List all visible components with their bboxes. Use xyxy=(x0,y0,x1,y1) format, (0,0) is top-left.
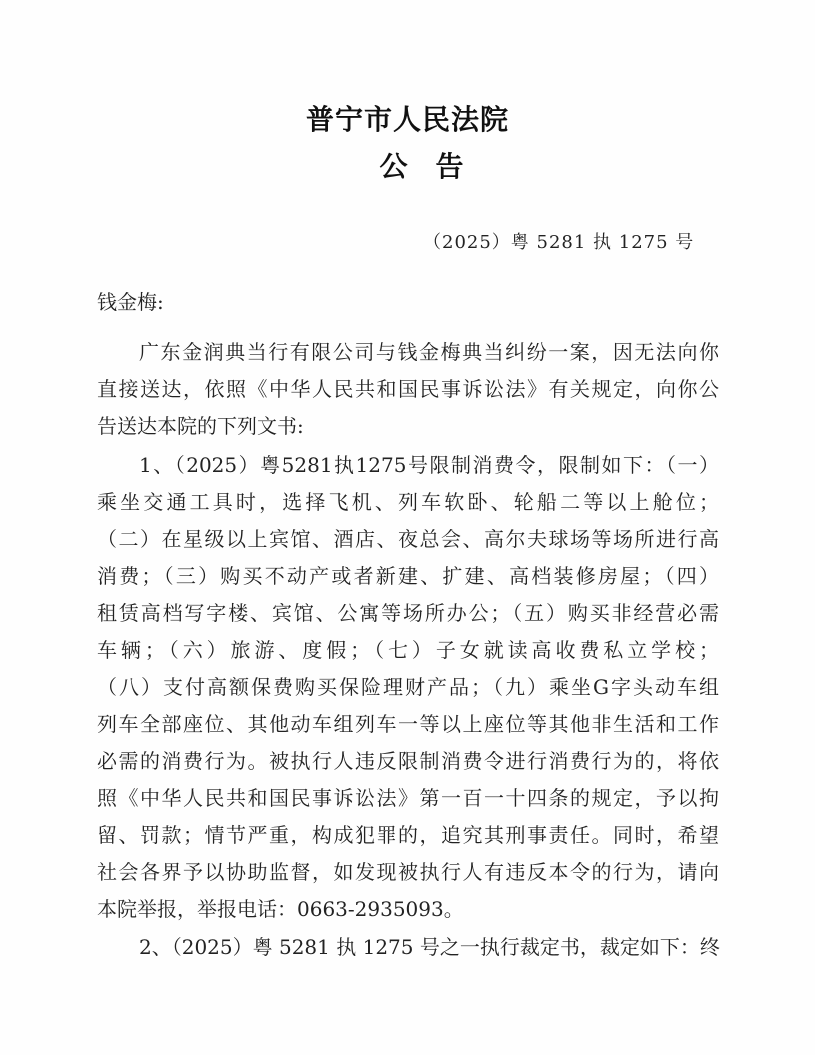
addressee: 钱金梅: xyxy=(97,288,719,316)
notice-title: 公告 xyxy=(0,145,815,185)
court-name-heading: 普宁市人民法院 xyxy=(0,98,815,138)
paragraph-line: 告送达本院的下列文书: xyxy=(97,412,719,440)
paragraph-line: 列车全部座位、其他动车组列车一等以上座位等其他非生活和工作 xyxy=(97,710,719,738)
paragraph-line: （二）在星级以上宾馆、酒店、夜总会、高尔夫球场等场所进行高 xyxy=(97,525,719,553)
paragraph-line: 消费；（三）购买不动产或者新建、扩建、高档装修房屋；（四） xyxy=(97,562,719,590)
paragraph-line: 直接送达，依照《中华人民共和国民事诉讼法》有关规定，向你公 xyxy=(97,375,719,403)
paragraph-line: 本院举报，举报电话：0663-2935093。 xyxy=(97,895,719,923)
paragraph-line: 社会各界予以协助监督，如发现被执行人有违反本令的行为，请向 xyxy=(97,858,719,886)
paragraph-line: 必需的消费行为。被执行人违反限制消费令进行消费行为的，将依 xyxy=(97,747,719,775)
document-page: 普宁市人民法院 公告 （2025）粤 5281 执 1275 号 钱金梅: 广东… xyxy=(0,0,815,1055)
paragraph-line: 留、罚款；情节严重，构成犯罪的，追究其刑事责任。同时，希望 xyxy=(97,821,719,849)
case-number: （2025）粤 5281 执 1275 号 xyxy=(423,228,694,254)
paragraph-line: 乘坐交通工具时，选择飞机、列车软卧、轮船二等以上舱位； xyxy=(97,488,719,516)
paragraph-line: （八）支付高额保费购买保险理财产品；（九）乘坐G字头动车组 xyxy=(97,673,719,701)
paragraph-line: 车辆；（六）旅游、度假；（七）子女就读高收费私立学校； xyxy=(97,636,719,664)
paragraph-line: 租赁高档写字楼、宾馆、公寓等场所办公；（五）购买非经营必需 xyxy=(97,599,719,627)
paragraph-line: 广东金润典当行有限公司与钱金梅典当纠纷一案，因无法向你 xyxy=(139,338,719,366)
paragraph-line: 照《中华人民共和国民事诉讼法》第一百一十四条的规定，予以拘 xyxy=(97,784,719,812)
paragraph-line: 2、（2025）粤 5281 执 1275 号之一执行裁定书，裁定如下：终 xyxy=(139,933,719,961)
paragraph-line: 1、（2025）粤5281执1275号限制消费令，限制如下：（一） xyxy=(139,451,719,479)
